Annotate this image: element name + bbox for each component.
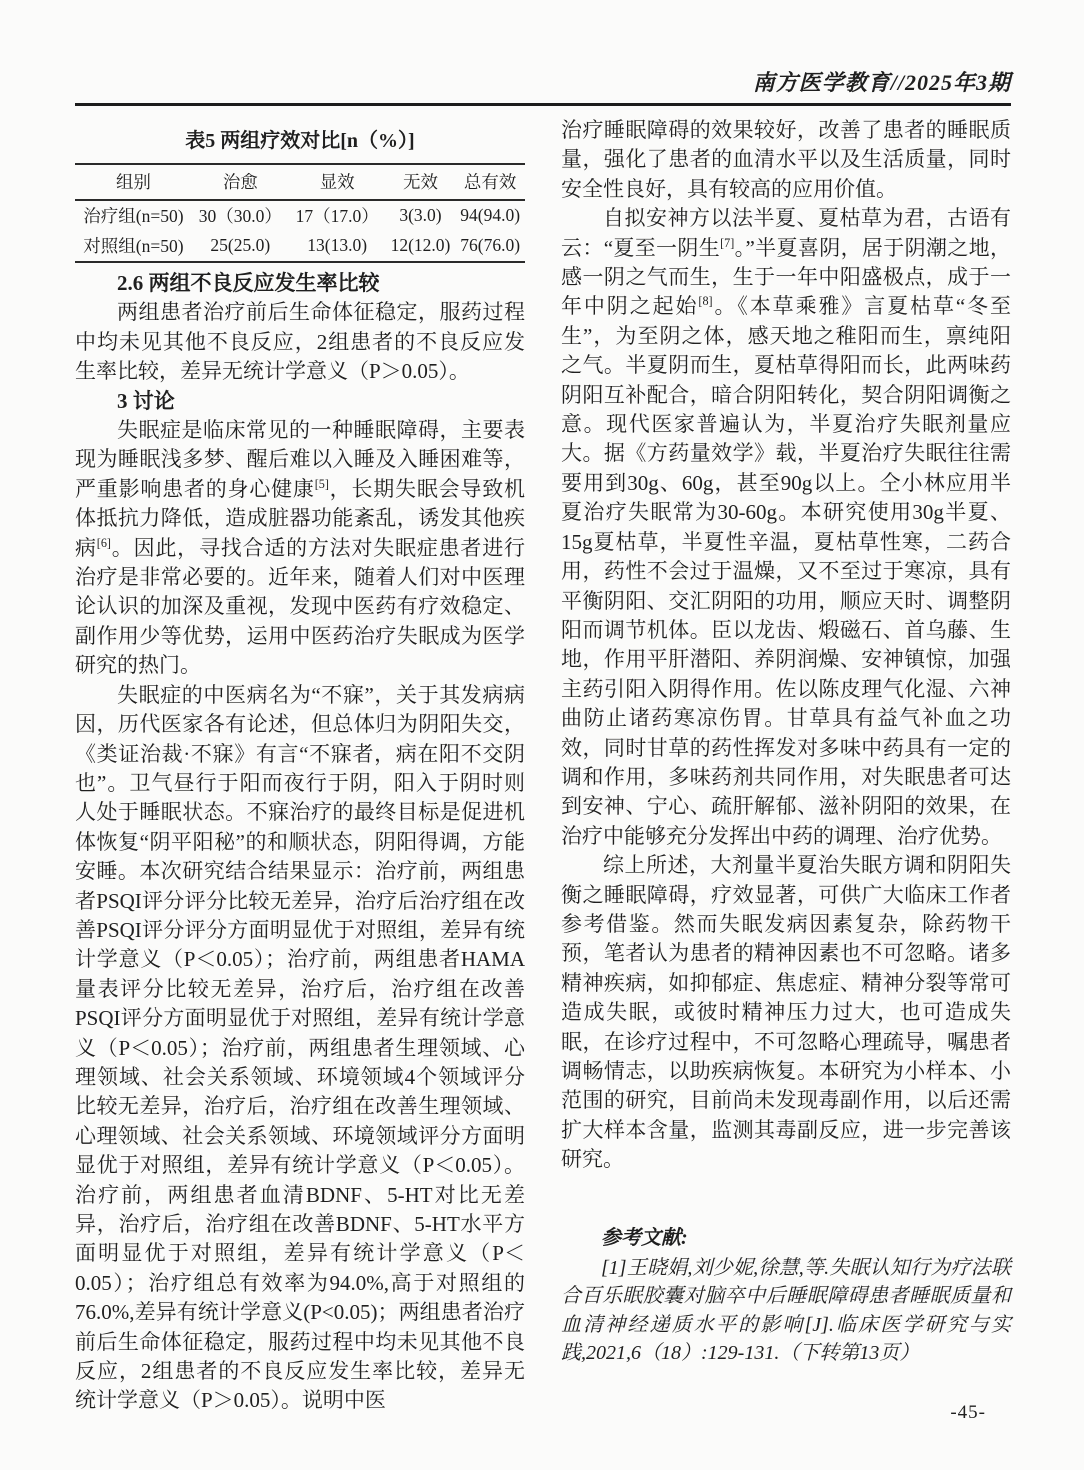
page-header: 南方医学教育//2025年3期 xyxy=(75,0,1011,106)
table-cell: 76(76.0) xyxy=(455,231,525,262)
text-run: 综上所述，大剂量半夏治失眠方调和阴阳失衡之睡眠障碍，疗效显著，可供广大临床工作者… xyxy=(561,853,1011,1171)
table5-title: 表5 两组疗效对比[n（%）] xyxy=(75,124,525,153)
table-cell: 25(25.0) xyxy=(192,231,289,262)
references-heading: 参考文献: xyxy=(561,1221,1011,1250)
references-section: 参考文献: [1]王晓娟,刘少妮,徐慧,等.失眠认知行为疗法联合百乐眠胶囊对脑卒… xyxy=(561,1221,1011,1368)
citation-superscript: [7] xyxy=(720,236,734,250)
efficacy-table-head: 组别治愈显效无效总有效 xyxy=(75,164,525,200)
table-header-cell: 显效 xyxy=(289,164,386,200)
two-column-body: 表5 两组疗效对比[n（%）] 组别治愈显效无效总有效 治疗组(n=50)30（… xyxy=(75,116,1011,1416)
left-column: 表5 两组疗效对比[n（%）] 组别治愈显效无效总有效 治疗组(n=50)30（… xyxy=(75,116,525,1416)
table-cell: 17（17.0） xyxy=(289,200,386,231)
table-row: 治疗组(n=50)30（30.0）17（17.0）3(3.0)94(94.0) xyxy=(75,200,525,231)
paragraph-continuation: 治疗睡眠障碍的效果较好，改善了患者的睡眠质量，强化了患者的血清水平以及生活质量，… xyxy=(561,116,1011,204)
paragraph-discussion-1: 失眠症是临床常见的一种睡眠障碍，主要表现为睡眠浅多梦、醒后难以入睡及入睡困难等，… xyxy=(75,416,525,681)
table-cell: 94(94.0) xyxy=(455,200,525,231)
paragraph-anshen-formula: 自拟安神方以法半夏、夏枯草为君，古语有云：“夏至一阴生[7]。”半夏喜阴，居于阴… xyxy=(561,204,1011,851)
table-cell: 对照组(n=50) xyxy=(75,231,192,262)
table-cell: 12(12.0) xyxy=(386,231,456,262)
text-run: 。因此，寻找合适的方法对失眠症患者进行治疗是非常必要的。近年来，随着人们对中医理… xyxy=(75,536,525,678)
table5-block: 表5 两组疗效对比[n（%）] 组别治愈显效无效总有效 治疗组(n=50)30（… xyxy=(75,124,525,263)
text-run: 两组患者治疗前后生命体征稳定，服药过程中均未见其他不良反应，2组患者的不良反应发… xyxy=(75,300,525,383)
table-cell: 3(3.0) xyxy=(386,200,456,231)
table-header-cell: 治愈 xyxy=(192,164,289,200)
table-cell: 13(13.0) xyxy=(289,231,386,262)
table-cell: 治疗组(n=50) xyxy=(75,200,192,231)
table-header-cell: 组别 xyxy=(75,164,192,200)
section-3-heading: 3 讨论 xyxy=(75,387,525,416)
citation-superscript: [8] xyxy=(698,294,712,308)
efficacy-table: 组别治愈显效无效总有效 治疗组(n=50)30（30.0）17（17.0）3(3… xyxy=(75,163,525,263)
section-2-6-heading: 2.6 两组不良反应发生率比较 xyxy=(75,269,525,298)
text-run: 。《本草乘雅》言夏枯草“冬至生”，为至阴之体，感天地之稚阳而生，禀纯阳之气。半夏… xyxy=(561,294,1011,847)
reference-item-1: [1]王晓娟,刘少妮,徐慧,等.失眠认知行为疗法联合百乐眠胶囊对脑卒中后睡眠障碍… xyxy=(561,1254,1011,1368)
table-header-row: 组别治愈显效无效总有效 xyxy=(75,164,525,200)
efficacy-table-body: 治疗组(n=50)30（30.0）17（17.0）3(3.0)94(94.0)对… xyxy=(75,200,525,262)
page-footer: -45- xyxy=(950,1402,986,1424)
table-cell: 30（30.0） xyxy=(192,200,289,231)
right-column: 治疗睡眠障碍的效果较好，改善了患者的睡眠质量，强化了患者的血清水平以及生活质量，… xyxy=(561,116,1011,1416)
text-run: [1]王晓娟,刘少妮,徐慧,等.失眠认知行为疗法联合百乐眠胶囊对脑卒中后睡眠障碍… xyxy=(561,1257,1011,1365)
page: 南方医学教育//2025年3期 表5 两组疗效对比[n（%）] 组别治愈显效无效… xyxy=(0,0,1084,1470)
text-run: 治疗睡眠障碍的效果较好，改善了患者的睡眠质量，强化了患者的血清水平以及生活质量，… xyxy=(561,118,1011,201)
citation-superscript: [6] xyxy=(97,536,111,550)
journal-title: 南方医学教育//2025年3期 xyxy=(75,66,1011,97)
paragraph-adverse-reactions: 两组患者治疗前后生命体征稳定，服药过程中均未见其他不良反应，2组患者的不良反应发… xyxy=(75,298,525,386)
text-run: 失眠症的中医病名为“不寐”，关于其发病病因，历代医家各有论述，但总体归为阴阳失交… xyxy=(75,683,525,1413)
citation-superscript: [5] xyxy=(315,477,329,491)
paragraph-discussion-2: 失眠症的中医病名为“不寐”，关于其发病病因，历代医家各有论述，但总体归为阴阳失交… xyxy=(75,681,525,1416)
table-header-cell: 总有效 xyxy=(455,164,525,200)
paragraph-summary: 综上所述，大剂量半夏治失眠方调和阴阳失衡之睡眠障碍，疗效显著，可供广大临床工作者… xyxy=(561,851,1011,1174)
page-number: -45- xyxy=(950,1402,986,1423)
table-row: 对照组(n=50)25(25.0)13(13.0)12(12.0)76(76.0… xyxy=(75,231,525,262)
table-header-cell: 无效 xyxy=(386,164,456,200)
